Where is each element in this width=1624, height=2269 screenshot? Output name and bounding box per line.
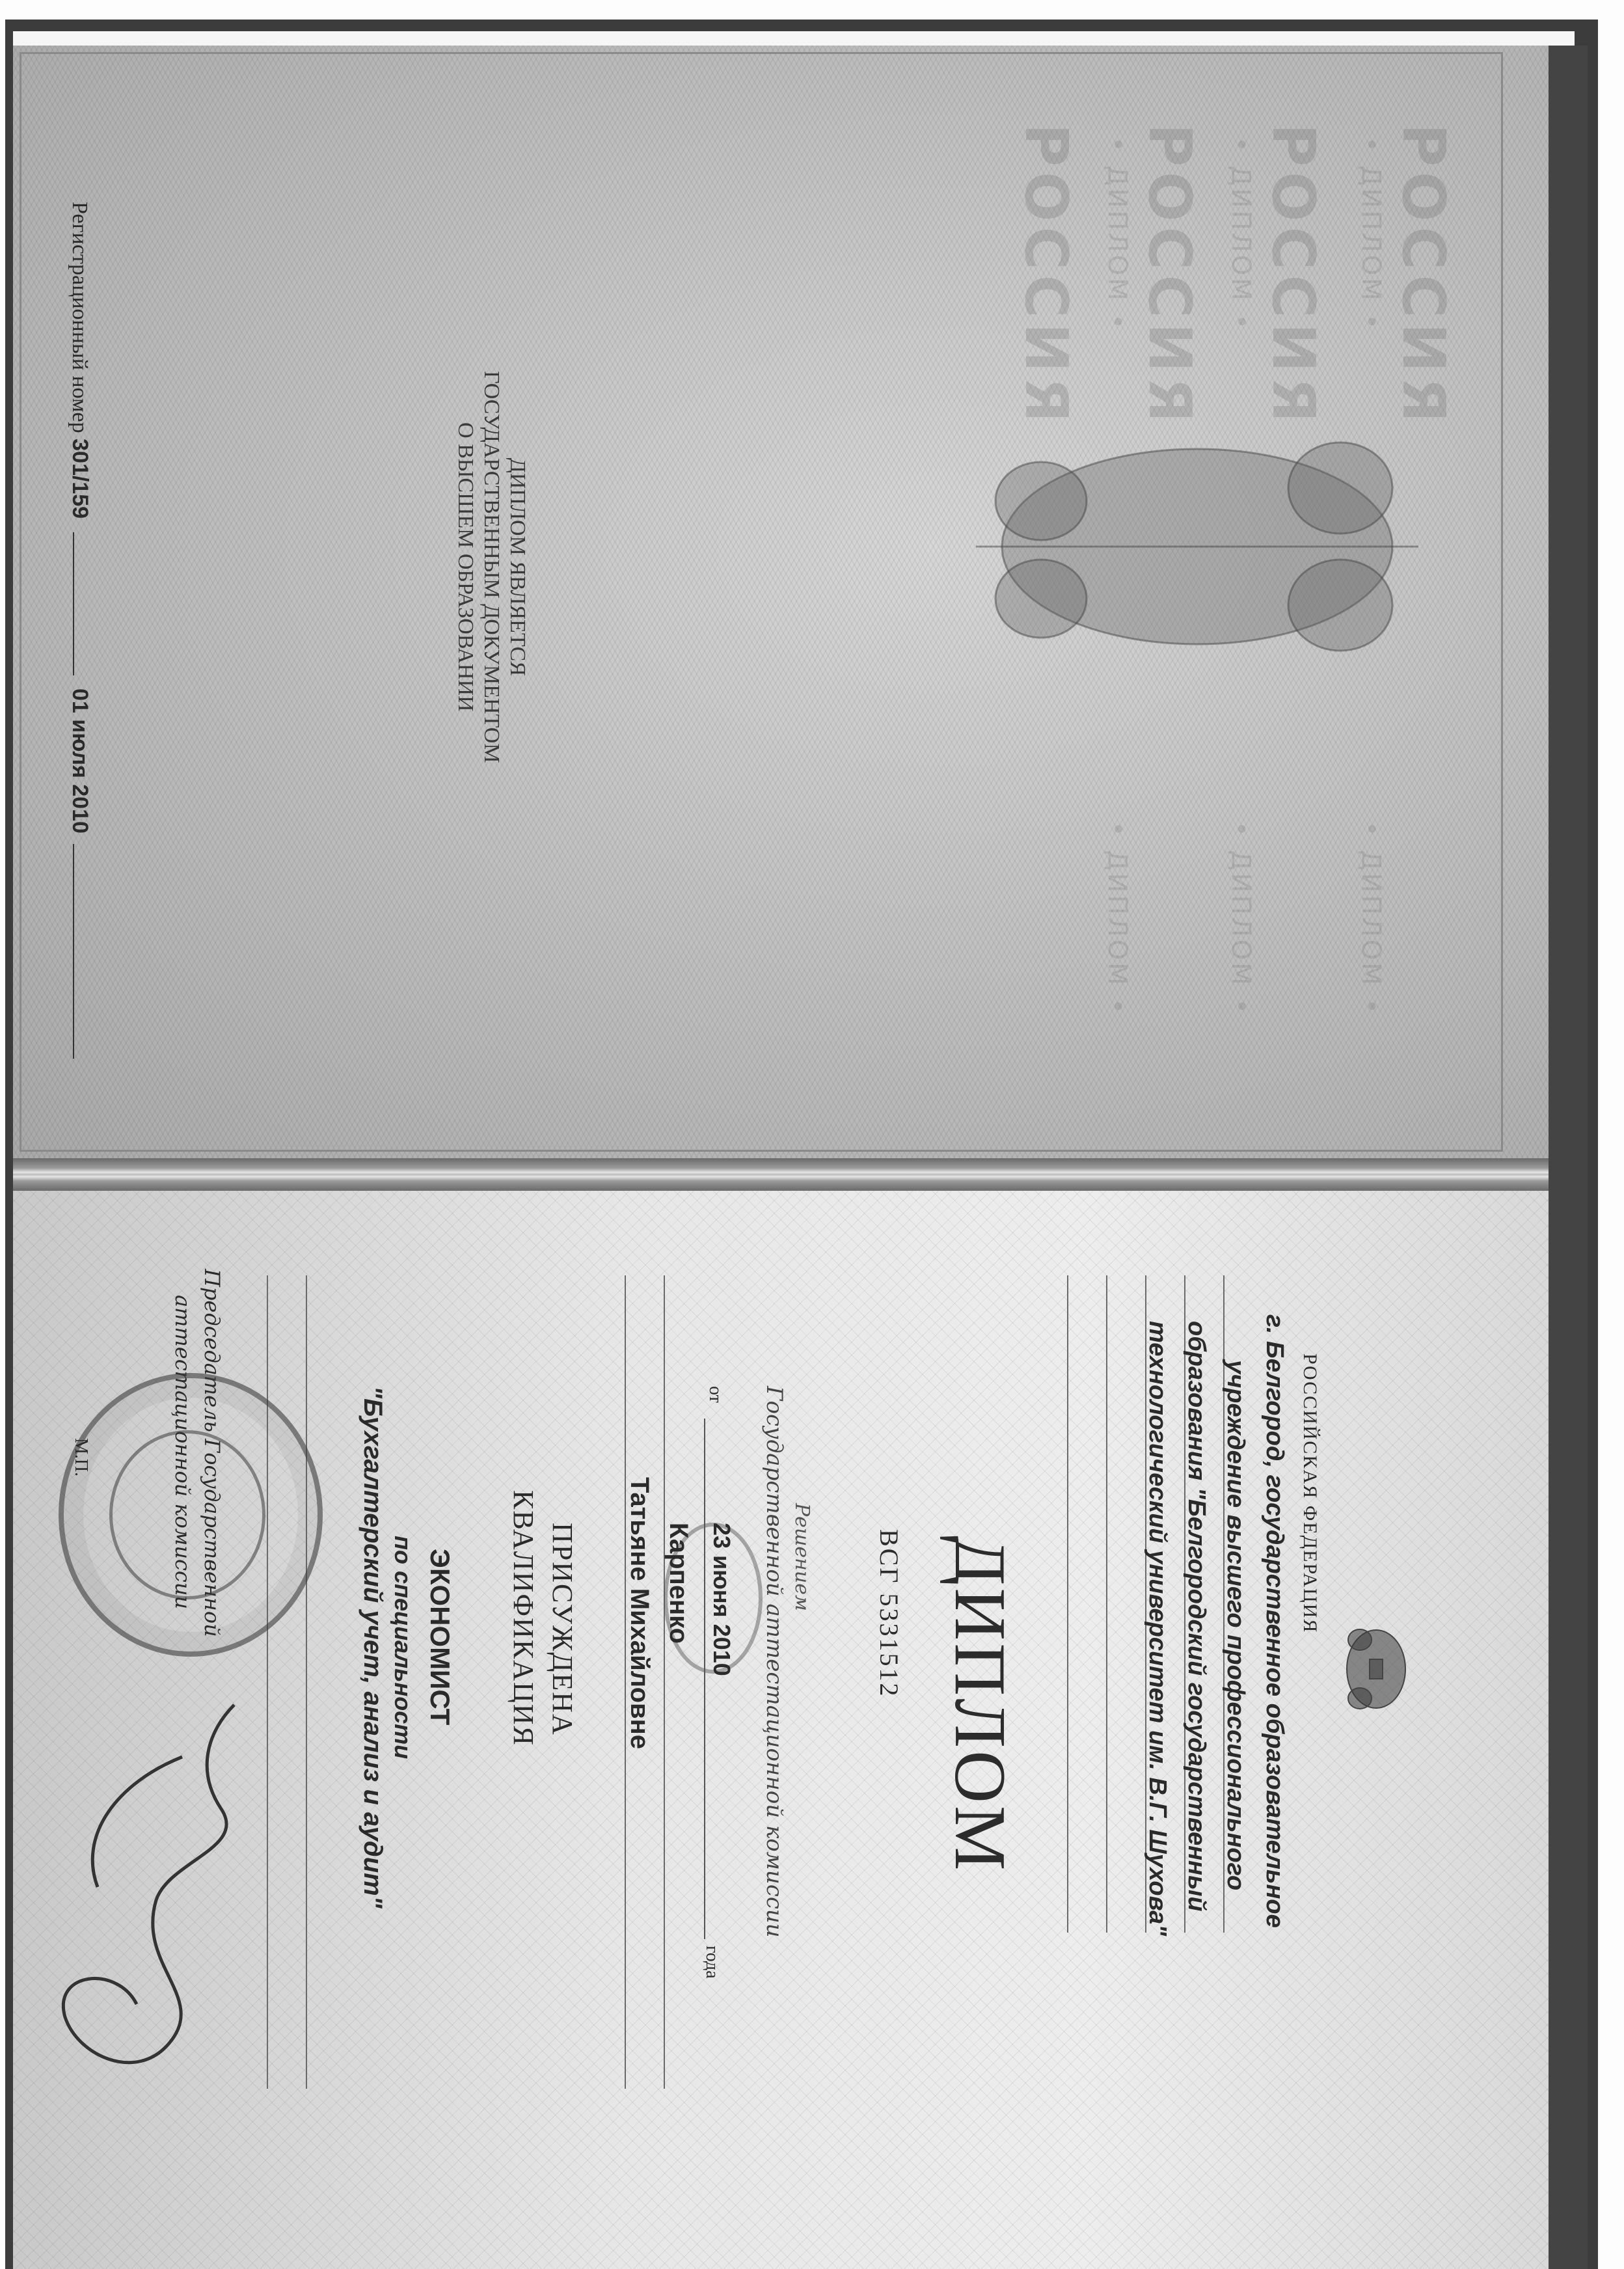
surname: Карпенко: [664, 1523, 693, 1644]
institution-line: учреждение высшего профессионального: [1221, 1360, 1249, 1890]
awarded-line: КВАЛИФИКАЦИЯ: [507, 1490, 540, 1746]
seal-inner-ring: [109, 1430, 265, 1599]
scanner-edge: [1549, 46, 1588, 2269]
signature-icon: [39, 1692, 286, 2082]
commission-line: Государственной аттестационной комиссии: [761, 1386, 787, 1938]
ruled-line: [1067, 1275, 1068, 1933]
seal-label: М.П.: [70, 1438, 91, 1476]
series-number: ВСГ 5331512: [874, 1529, 904, 1698]
ruled-line: [1106, 1275, 1107, 1933]
cover-inner-page: РОССИЯ РОССИЯ • ДИПЛОМ • • ДИПЛОМ • РОСС…: [13, 46, 1549, 1158]
registration-line: Регистрационный номер 301/159 01 июля 20…: [67, 202, 92, 1059]
eagle-emblem-icon: [1340, 1620, 1412, 1718]
specialty: "Бухгалтерский учет, анализ и аудит": [358, 1386, 387, 1909]
registration-number: 301/159: [68, 439, 92, 519]
decision-label: Решением: [791, 1503, 813, 1611]
status-line: О ВЫСШЕМ ОБРАЗОВАНИИ: [452, 371, 478, 763]
diploma-title: ДИПЛОМ: [938, 1536, 1022, 1873]
status-statement: ДИПЛОМ ЯВЛЯЕТСЯ ГОСУДАРСТВЕННЫМ ДОКУМЕНТ…: [452, 371, 530, 763]
institution-line: технологический университет им. В.Г. Шух…: [1143, 1321, 1171, 1936]
institution-line: образования "Белгородский государственны…: [1182, 1321, 1210, 1912]
qualification: ЭКОНОМИСТ: [424, 1549, 455, 1725]
registration-label: Регистрационный номер: [68, 202, 92, 433]
country-name: РОССИЙСКАЯ ФЕДЕРАЦИЯ: [1299, 1353, 1321, 1633]
decision-date: 23 июня 2010: [708, 1523, 735, 1676]
booklet-spine: [13, 1158, 1575, 1191]
institution-line: г. Белгород, государственное образовател…: [1260, 1314, 1288, 1928]
registration-date: 01 июля 2010: [68, 688, 92, 834]
status-line: ГОСУДАРСТВЕННЫМ ДОКУМЕНТОМ: [478, 371, 504, 763]
ruled-line: [306, 1275, 307, 2089]
date-underline: [704, 1419, 705, 1939]
specialty-label: по специальности: [389, 1536, 416, 1759]
ruled-line: [664, 1275, 665, 2089]
underline: [73, 844, 74, 1059]
date-prefix: от: [705, 1386, 725, 1403]
given-name: Татьяне Михайловне: [625, 1477, 654, 1749]
date-suffix: года: [701, 1946, 722, 1979]
awarded-line: ПРИСУЖДЕНА: [546, 1523, 579, 1736]
round-seal-stamp: [59, 1373, 323, 1657]
status-line: ДИПЛОМ ЯВЛЯЕТСЯ: [504, 371, 530, 763]
eagle-emblem-icon: [963, 410, 1431, 683]
underline: [73, 532, 74, 675]
